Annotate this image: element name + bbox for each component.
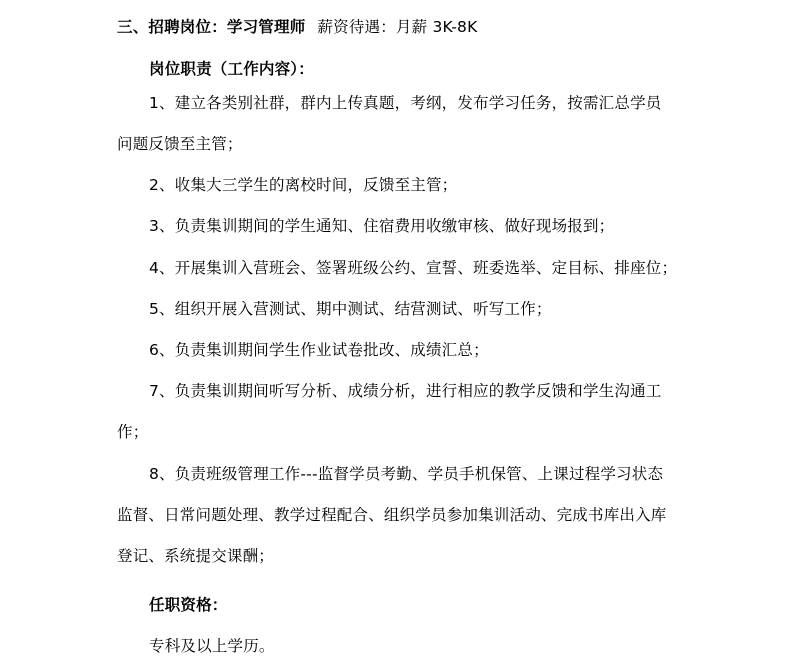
duty-line: 监督、日常问题处理、教学过程配合、组织学员参加集训活动、完成书库出入库 bbox=[117, 505, 667, 525]
position-title: 学习管理师 bbox=[227, 18, 306, 36]
duty-line: 5、组织开展入营测试、期中测试、结营测试、听写工作； bbox=[149, 299, 552, 319]
salary-info: 薪资待遇：月薪 3K-8K bbox=[317, 18, 477, 36]
duty-line: 1、建立各类别社群，群内上传真题，考纲，发布学习任务，按需汇总学员 bbox=[149, 93, 661, 113]
duty-line: 问题反馈至主管； bbox=[117, 134, 243, 154]
qualifications-heading: 任职资格： bbox=[149, 595, 228, 615]
section-heading-prefix: 三、招聘岗位： bbox=[117, 18, 227, 36]
duty-line: 8、负责班级管理工作---监督学员考勤、学员手机保管、上课过程学习状态 bbox=[149, 464, 663, 484]
duty-line: 7、负责集训期间听写分析、成绩分析，进行相应的教学反馈和学生沟通工 bbox=[149, 381, 661, 401]
duties-heading: 岗位职责（工作内容）： bbox=[149, 59, 314, 79]
duty-line: 作； bbox=[117, 422, 148, 442]
duty-line: 登记、系统提交课酬； bbox=[117, 546, 274, 566]
section-heading: 三、招聘岗位：学习管理师薪资待遇：月薪 3K-8K bbox=[117, 17, 477, 37]
qualification-line: 专科及以上学历。 bbox=[149, 636, 275, 656]
duty-line: 6、负责集训期间学生作业试卷批改、成绩汇总； bbox=[149, 340, 489, 360]
duty-line: 3、负责集训期间的学生通知、住宿费用收缴审核、做好现场报到； bbox=[149, 216, 614, 236]
duty-line: 2、收集大三学生的离校时间，反馈至主管； bbox=[149, 175, 457, 195]
duty-line: 4、开展集训入营班会、签署班级公约、宣誓、班委选举、定目标、排座位； bbox=[149, 258, 677, 278]
